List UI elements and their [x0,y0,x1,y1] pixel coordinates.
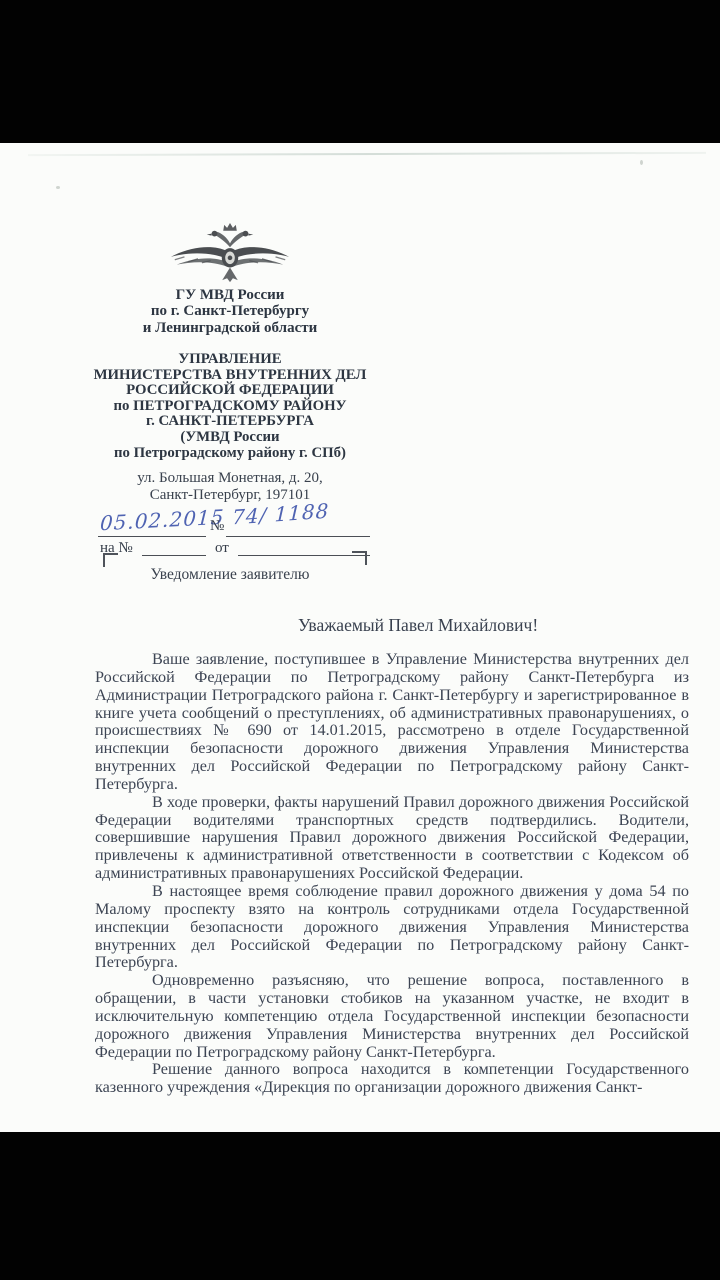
ref-date-underline [98,536,206,537]
ref-number-handwritten: 74/ 1188 [232,499,330,530]
org-main-line: по ПЕТРОГРАДСКОМУ РАЙОНУ [60,399,400,415]
reference-block: 05.02.2015 № 74/ 1188 на № от [96,508,376,572]
ref-from-label: от [215,540,229,557]
letter-body: Ваше заявление, поступившее в Управление… [95,651,689,1097]
org-main-line: МИНИСТЕРСТВА ВНУТРЕННИХ ДЕЛ [60,368,400,384]
org-address-line: ул. Большая Монетная, д. 20, [60,470,400,487]
document-page: ГУ МВД России по г. Санкт-Петербургу и Л… [0,0,720,1280]
org-top-line: по г. Санкт-Петербургу [60,303,400,319]
ref-number-label: № [210,518,224,535]
body-paragraph: Ваше заявление, поступившее в Управление… [95,651,689,794]
addressee-corner-right [352,551,367,565]
org-main-line: УПРАВЛЕНИЕ [60,352,400,368]
scan-speck [640,160,643,165]
org-name-main: УПРАВЛЕНИЕ МИНИСТЕРСТВА ВНУТРЕННИХ ДЕЛ Р… [60,352,400,461]
photo-top-border [0,0,720,143]
ref-date-handwritten: 05.02.2015 [99,505,225,536]
org-main-line: (УМВД России [60,430,400,446]
org-top-line: ГУ МВД России [60,287,400,303]
org-main-line: РОССИЙСКОЙ ФЕДЕРАЦИИ [60,383,400,399]
body-paragraph: В ходе проверки, факты нарушений Правил … [95,794,689,883]
addressee-corner-left [103,553,118,567]
org-main-line: г. САНКТ-ПЕТЕРБУРГА [60,414,400,430]
salutation: Уважаемый Павел Михайлович! [298,615,538,636]
org-name-top: ГУ МВД России по г. Санкт-Петербургу и Л… [60,287,400,336]
ref-replyto-underline [142,555,206,556]
ref-number-underline [226,536,370,537]
org-top-line: и Ленинградской области [60,320,400,336]
body-paragraph: Решение данного вопроса находится в комп… [95,1061,689,1097]
org-main-line: по Петроградскому району г. СПб) [60,446,400,462]
mvd-double-headed-eagle-icon [167,222,293,284]
org-address: ул. Большая Монетная, д. 20, Санкт-Петер… [60,470,400,503]
body-paragraph: Одновременно разъясняю, что решение вопр… [95,972,689,1061]
photo-bottom-border [0,1132,720,1280]
body-paragraph: В настоящее время соблюдение правил доро… [95,883,689,972]
scan-speck [56,186,60,189]
scan-artifact-line [28,152,706,156]
addressee-note: Уведомление заявителю [95,566,365,584]
org-address-line: Санкт-Петербург, 197101 [60,487,400,504]
ref-from-underline [238,555,370,556]
